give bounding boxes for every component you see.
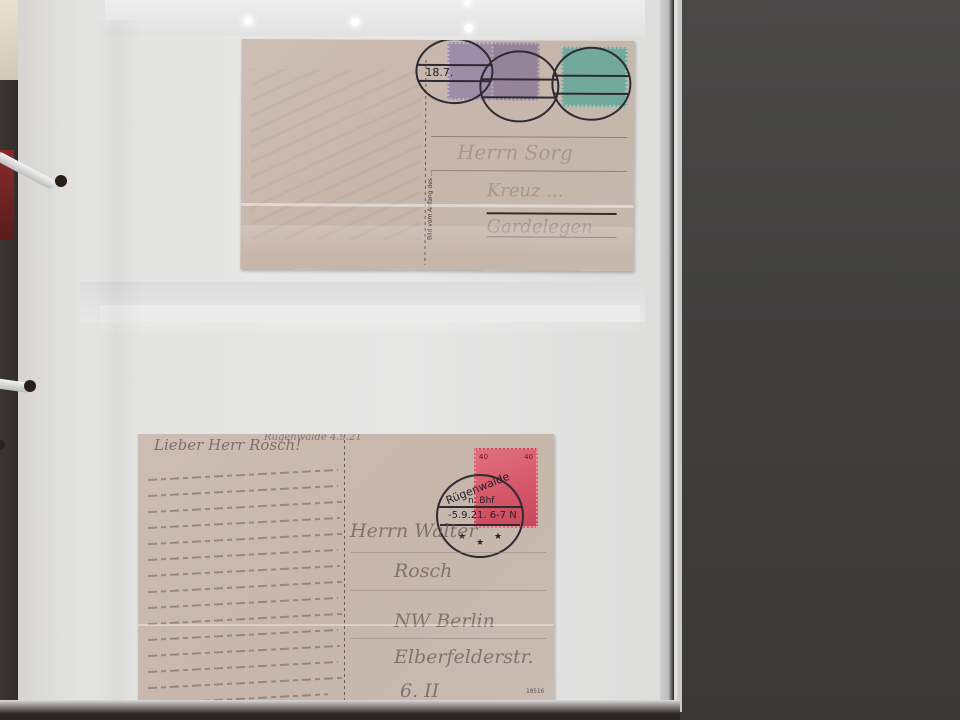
postmark — [479, 50, 559, 122]
print-number: 10516 — [526, 688, 544, 695]
light-glare — [351, 18, 359, 26]
address-line — [350, 638, 546, 639]
address-underline — [487, 212, 617, 215]
stamp-denomination: 40 — [524, 453, 533, 461]
address-text: 6. II — [400, 680, 439, 702]
postmark-date: 18.7. — [425, 66, 453, 79]
background-wall — [672, 0, 960, 720]
light-glare — [244, 17, 252, 25]
sleeve-reflection — [100, 305, 640, 335]
postcard-bottom[interactable]: Lieber Herr Rosch! Rügenwalde 4.9.21 40 … — [138, 434, 554, 712]
sleeve-crease — [138, 624, 554, 626]
message-dateline: Rügenwalde 4.9.21 — [264, 434, 362, 443]
address-line — [350, 552, 546, 553]
postcard-top[interactable]: Bild vom Anfang des ... 18.7. Herrn Sorg… — [240, 39, 634, 271]
punch-hole — [24, 380, 36, 392]
address-line — [350, 590, 546, 591]
punch-hole — [55, 175, 67, 187]
address-text: Kreuz ... — [487, 180, 564, 201]
page-bottom-edge — [0, 700, 680, 720]
address-text: Herrn Sorg — [457, 140, 573, 165]
postmark — [551, 47, 631, 121]
address-text: Rosch — [394, 560, 452, 582]
postmark-subline: n. Bhf — [468, 496, 494, 506]
card-divider — [344, 440, 345, 706]
page-edge-shadow — [660, 0, 674, 720]
light-glare — [465, 24, 473, 32]
sleeve-reflection — [240, 225, 633, 257]
page-fold-shadow — [92, 20, 142, 720]
light-glare — [464, 0, 470, 6]
address-text: NW Berlin — [394, 610, 495, 632]
faded-handwriting — [251, 69, 422, 240]
sleeve-top — [105, 0, 645, 36]
address-line — [431, 136, 627, 138]
address-line — [431, 170, 627, 172]
address-text: Herrn Walter — [350, 520, 478, 542]
postmark-ruegenwalde: Rügenwalde n. Bhf -5.9.21. 6-7 N ★ ★ ★ — [436, 474, 524, 558]
address-text: Elberfelderstr. — [394, 646, 534, 668]
stamp-denomination: 40 — [479, 453, 488, 461]
